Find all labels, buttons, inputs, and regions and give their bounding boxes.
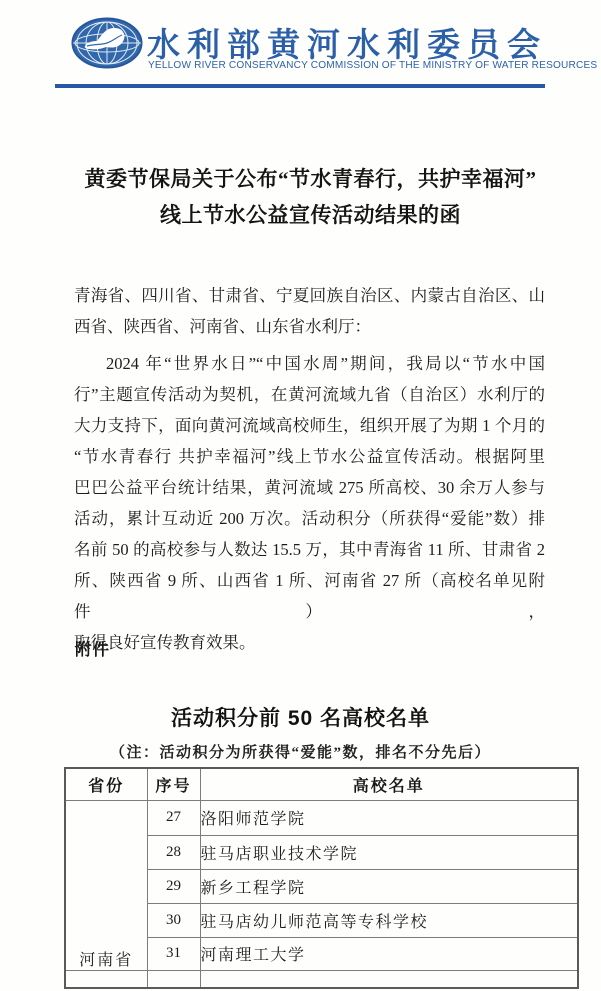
empty-cell: [200, 970, 578, 988]
university-name: 新乡工程学院: [200, 869, 578, 903]
attachment-label: 附件: [75, 636, 110, 660]
column-header-number: 序号: [147, 768, 200, 800]
document-title-line2: 线上节水公益宣传活动结果的函: [22, 197, 599, 233]
document-title-line1: 黄委节保局关于公布“节水青春行，共护幸福河”: [22, 161, 599, 197]
addressee-line: 青海省、四川省、甘肃省、宁夏回族自治区、内蒙古自治区、山: [74, 280, 545, 311]
organization-name-en: YELLOW RIVER CONSERVANCY COMMISSION OF T…: [148, 60, 597, 71]
row-number: 27: [147, 800, 200, 835]
university-ranking-table: 省份 序号 高校名单 河南省 27 洛阳师范学院 28 驻马店职业技术学院 29…: [64, 767, 579, 989]
body-line: 2024 年“世界水日”“中国水周”期间，我局以“节水中国: [74, 348, 545, 379]
body-line: 活动，累计互动近 200 万次。活动积分（所获得“爱能”数）排: [74, 503, 545, 534]
body-paragraph: 2024 年“世界水日”“中国水周”期间，我局以“节水中国 行”主题宣传活动为契…: [74, 348, 545, 658]
university-name: 驻马店职业技术学院: [200, 835, 578, 869]
body-line: “节水青春行 共护幸福河”线上节水公益宣传活动。根据阿里: [74, 441, 545, 472]
body-line: 巴巴公益平台统计结果，黄河流域 275 所高校、30 余万人参与: [74, 472, 545, 503]
document-page: 水利部黄河水利委员会 YELLOW RIVER CONSERVANCY COMM…: [0, 0, 601, 991]
university-name: 河南理工大学: [200, 937, 578, 970]
body-line: 行”主题宣传活动为契机，在黄河流域九省（自治区）水利厅的: [74, 379, 545, 410]
table-header-row: 省份 序号 高校名单: [65, 768, 578, 800]
university-name: 洛阳师范学院: [200, 800, 578, 835]
annex-note: （注：活动积分为所获得“爱能”数，排名不分先后）: [0, 741, 601, 762]
row-number: 29: [147, 869, 200, 903]
empty-cell: [147, 970, 200, 988]
annex-title: 活动积分前 50 名高校名单: [0, 702, 601, 732]
addressee-line: 西省、陕西省、河南省、山东省水利厅：: [74, 311, 545, 342]
body-line: 取得良好宣传教育效果。: [74, 627, 545, 658]
university-name: 驻马店幼儿师范高等专科学校: [200, 903, 578, 937]
body-line: 大力支持下，面向黄河流域高校师生，组织开展了为期 1 个月的: [74, 410, 545, 441]
table-row-cutoff: [65, 970, 578, 988]
column-header-university: 高校名单: [200, 768, 578, 800]
column-header-province: 省份: [65, 768, 147, 800]
yrcc-globe-logo-icon: [71, 17, 143, 69]
body-line: 所、陕西省 9 所、山西省 1 所、河南省 27 所（高校名单见附件），: [74, 565, 545, 627]
row-number: 31: [147, 937, 200, 970]
document-title: 黄委节保局关于公布“节水青春行，共护幸福河” 线上节水公益宣传活动结果的函: [22, 161, 599, 233]
letterhead-divider: [55, 84, 545, 88]
empty-cell: [65, 970, 147, 988]
province-cell: 河南省: [65, 800, 147, 970]
organization-name-cn: 水利部黄河水利委员会: [147, 19, 547, 66]
body-line: 名前 50 的高校参与人数达 15.5 万，其中青海省 11 所、甘肃省 2: [74, 534, 545, 565]
row-number: 30: [147, 903, 200, 937]
row-number: 28: [147, 835, 200, 869]
table-row: 河南省 27 洛阳师范学院: [65, 800, 578, 835]
document-body: 青海省、四川省、甘肃省、宁夏回族自治区、内蒙古自治区、山 西省、陕西省、河南省、…: [74, 280, 545, 658]
